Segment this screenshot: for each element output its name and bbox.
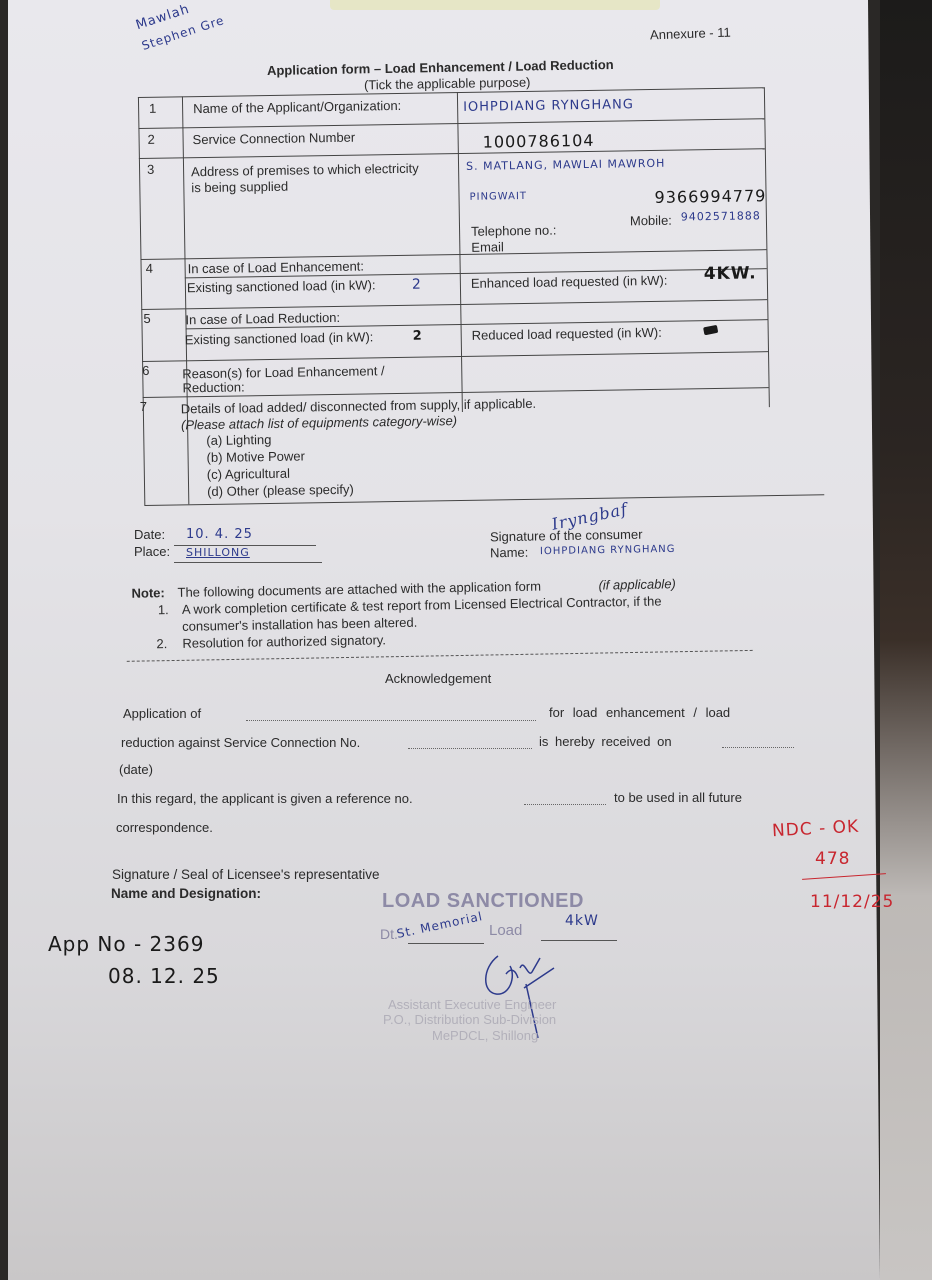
ack-line4-a: In this regard, the applicant is given a… <box>117 791 413 806</box>
divider <box>127 650 753 662</box>
ack-title: Acknowledgement <box>385 671 491 686</box>
licensee-name-label: Name and Designation: <box>111 886 261 901</box>
stamp-line3: MePDCL, Shillong <box>432 1028 538 1043</box>
note-item-1-num: 1. <box>158 602 169 617</box>
licensee-signature-label: Signature / Seal of Licensee's represent… <box>112 867 380 882</box>
stamp-line1: Assistant Executive Engineer <box>388 997 556 1012</box>
stamp-line2: P.O., Distribution Sub-Division <box>383 1012 556 1027</box>
app-no-date: 08. 12. 25 <box>108 964 220 988</box>
ack-line1-a: Application of <box>123 706 201 721</box>
ack-line5: correspondence. <box>116 820 213 835</box>
ack-line2-b: is hereby received on <box>539 734 672 749</box>
stamp-load-value: 4kW <box>565 913 599 929</box>
note-item-2-line1: Resolution for authorized signatory. <box>182 632 386 651</box>
ack-line2-a: reduction against Service Connection No. <box>121 735 360 750</box>
note-item-1-line2: consumer's installation has been altered… <box>182 615 417 634</box>
stamp-title: LOAD SANCTIONED <box>382 890 584 913</box>
red-note-line2: 478 <box>815 849 850 869</box>
note-italic: (if applicable) <box>598 576 676 592</box>
note-label: Note: <box>131 585 164 601</box>
red-note-line3: 11/12/25 <box>810 892 894 912</box>
note-section: Note: The following documents are attach… <box>0 0 932 708</box>
ack-line1-b: for load enhancement / load <box>549 705 730 720</box>
stamp-load-label: Load <box>489 922 522 939</box>
note-item-2-num: 2. <box>156 636 167 651</box>
ack-line3: (date) <box>119 762 153 777</box>
ack-line4-b: to be used in all future <box>614 790 742 805</box>
app-no-note: App No - 2369 <box>48 932 204 956</box>
